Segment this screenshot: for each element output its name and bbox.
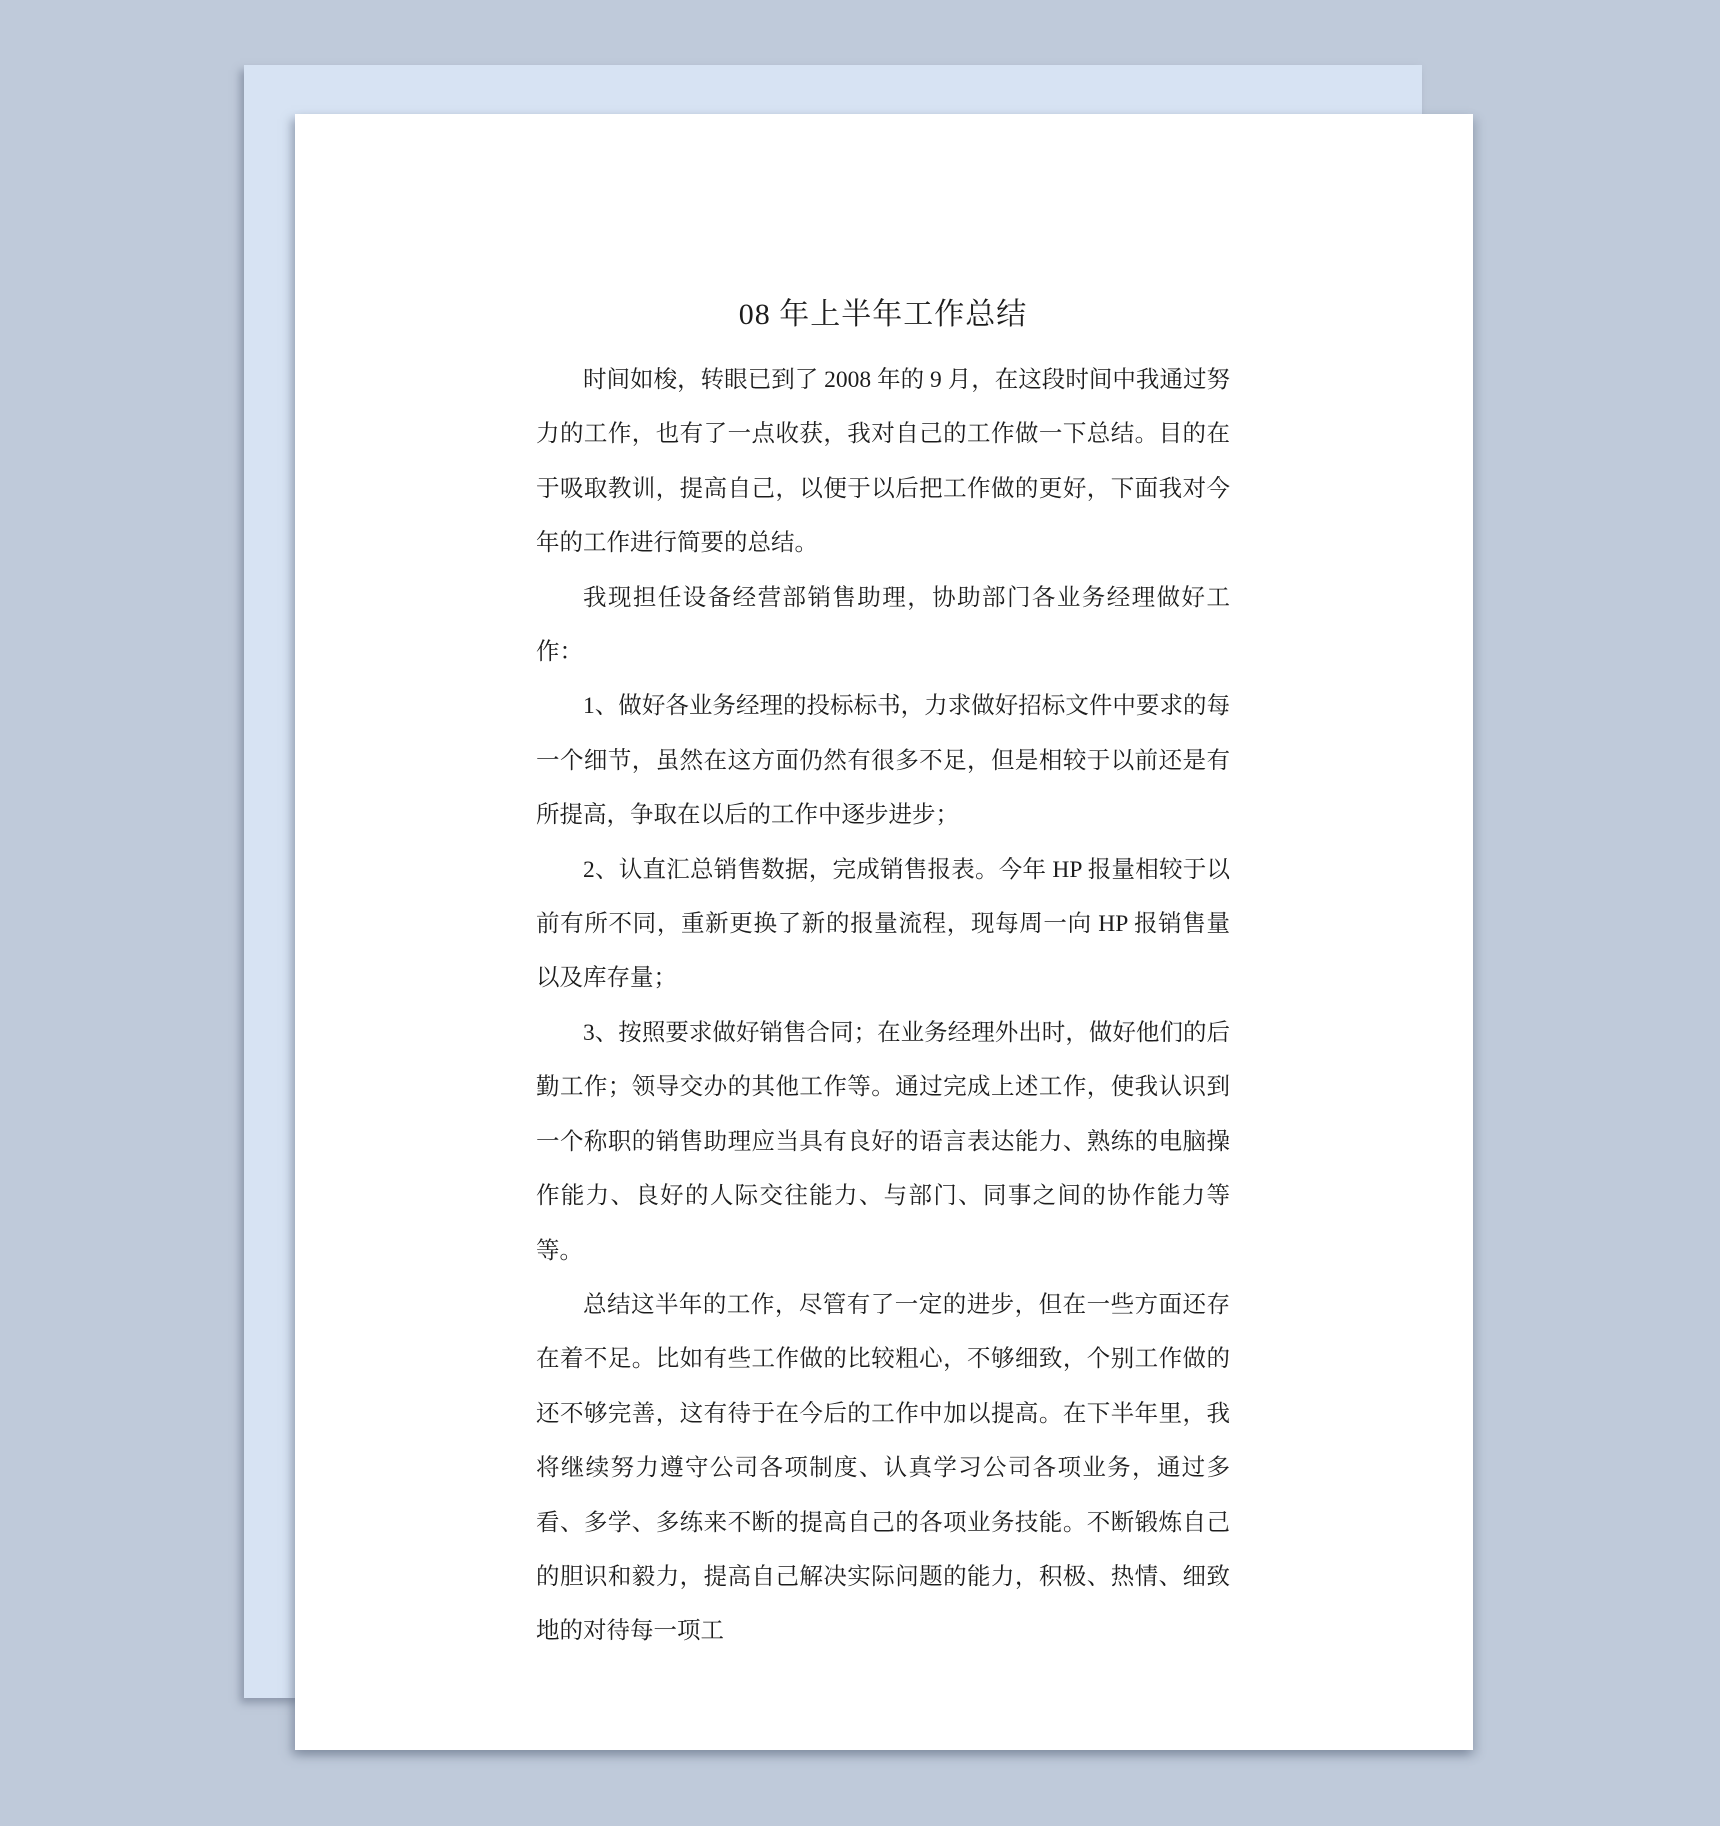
paragraph-item-3: 3、按照要求做好销售合同；在业务经理外出时，做好他们的后勤工作；领导交办的其他工…: [536, 1006, 1230, 1278]
paragraph-intro: 时间如梭，转眼已到了 2008 年的 9 月，在这段时间中我通过努力的工作，也有…: [536, 353, 1230, 571]
document-content: 08 年上半年工作总结 时间如梭，转眼已到了 2008 年的 9 月，在这段时间…: [536, 295, 1230, 1659]
paragraph-item-1: 1、做好各业务经理的投标标书，力求做好招标文件中要求的每一个细节，虽然在这方面仍…: [536, 679, 1230, 842]
document-page: 08 年上半年工作总结 时间如梭，转眼已到了 2008 年的 9 月，在这段时间…: [295, 114, 1473, 1750]
desktop-background: 08 年上半年工作总结 时间如梭，转眼已到了 2008 年的 9 月，在这段时间…: [0, 0, 1720, 1826]
paragraph-role: 我现担任设备经营部销售助理，协助部门各业务经理做好工作：: [536, 571, 1230, 680]
paragraph-summary: 总结这半年的工作，尽管有了一定的进步，但在一些方面还存在着不足。比如有些工作做的…: [536, 1278, 1230, 1659]
document-title: 08 年上半年工作总结: [536, 295, 1230, 335]
document-body: 时间如梭，转眼已到了 2008 年的 9 月，在这段时间中我通过努力的工作，也有…: [536, 353, 1230, 1659]
paragraph-item-2: 2、认直汇总销售数据，完成销售报表。今年 HP 报量相较于以前有所不同，重新更换…: [536, 843, 1230, 1006]
